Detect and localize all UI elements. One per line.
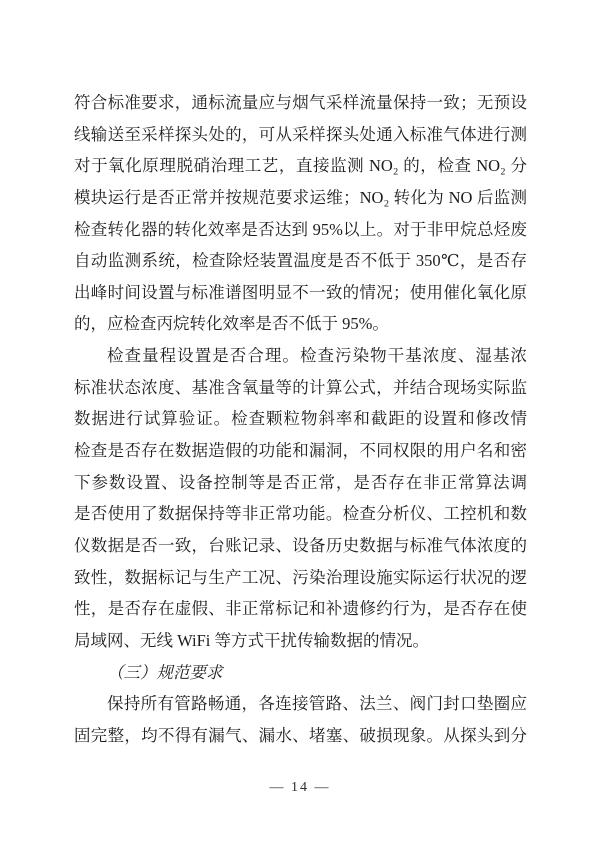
body-line: 自动监测系统，检查除烃装置温度是否不低于 350℃，是否存在 — [74, 245, 527, 277]
body-line: 检查转化器的转化效率是否达到 95%以上。对于非甲烷总烃废气 — [74, 214, 527, 246]
body-line: 的，应检查丙烷转化效率是否不低于 95%。 — [74, 308, 527, 340]
document-body: 符合标准要求，通标流量应与烟气采样流量保持一致；无预设管 线输送至采样探头处的，… — [74, 87, 527, 751]
page-number: — 14 — — [0, 780, 600, 796]
body-line: 仪数据是否一致，台账记录、设备历史数据与标准气体浓度的一 — [74, 530, 527, 562]
body-line: 数据进行试算验证。检查颗粒物斜率和截距的设置和修改情况。 — [74, 403, 527, 435]
body-line: 出峰时间设置与标准谱图明显不一致的情况；使用催化氧化原理 — [74, 277, 527, 309]
document-page: 符合标准要求，通标流量应与烟气采样流量保持一致；无预设管 线输送至采样探头处的，… — [0, 0, 600, 848]
body-line: 保持所有管路畅通，各连接管路、法兰、阀门封口垫圈应牢 — [74, 688, 527, 720]
body-line: 检查量程设置是否合理。检查污染物干基浓度、湿基浓度、 — [74, 340, 527, 372]
body-line: 性，是否存在虚假、非正常标记和补遗修约行为，是否存在使用 — [74, 593, 527, 625]
body-line: 固完整，均不得有漏气、漏水、堵塞、破损现象。从探头到分析 — [74, 720, 527, 752]
body-line: 标准状态浓度、基准含氧量等的计算公式，并结合现场实际监测 — [74, 372, 527, 404]
section-heading: （三）规范要求 — [74, 657, 527, 689]
body-line: 致性，数据标记与生产工况、污染治理设施实际运行状况的逻辑 — [74, 562, 527, 594]
body-line: 线输送至采样探头处的，可从采样探头处通入标准气体进行测试。 — [74, 119, 527, 151]
body-line: 是否使用了数据保持等非正常功能。检查分析仪、工控机和数采 — [74, 498, 527, 530]
body-line: 模块运行是否正常并按规范要求运维；NO₂ 转化为 NO 后监测的， — [74, 182, 527, 214]
body-line: 局域网、无线 WiFi 等方式干扰传输数据的情况。 — [74, 625, 527, 657]
body-line: 检查是否存在数据造假的功能和漏洞，不同权限的用户名和密码 — [74, 435, 527, 467]
body-line: 符合标准要求，通标流量应与烟气采样流量保持一致；无预设管 — [74, 87, 527, 119]
body-line: 对于氧化原理脱硝治理工艺，直接监测 NO₂ 的，检查 NO₂ 分析 — [74, 150, 527, 182]
body-line: 下参数设置、设备控制等是否正常，是否存在非正常算法调整， — [74, 467, 527, 499]
